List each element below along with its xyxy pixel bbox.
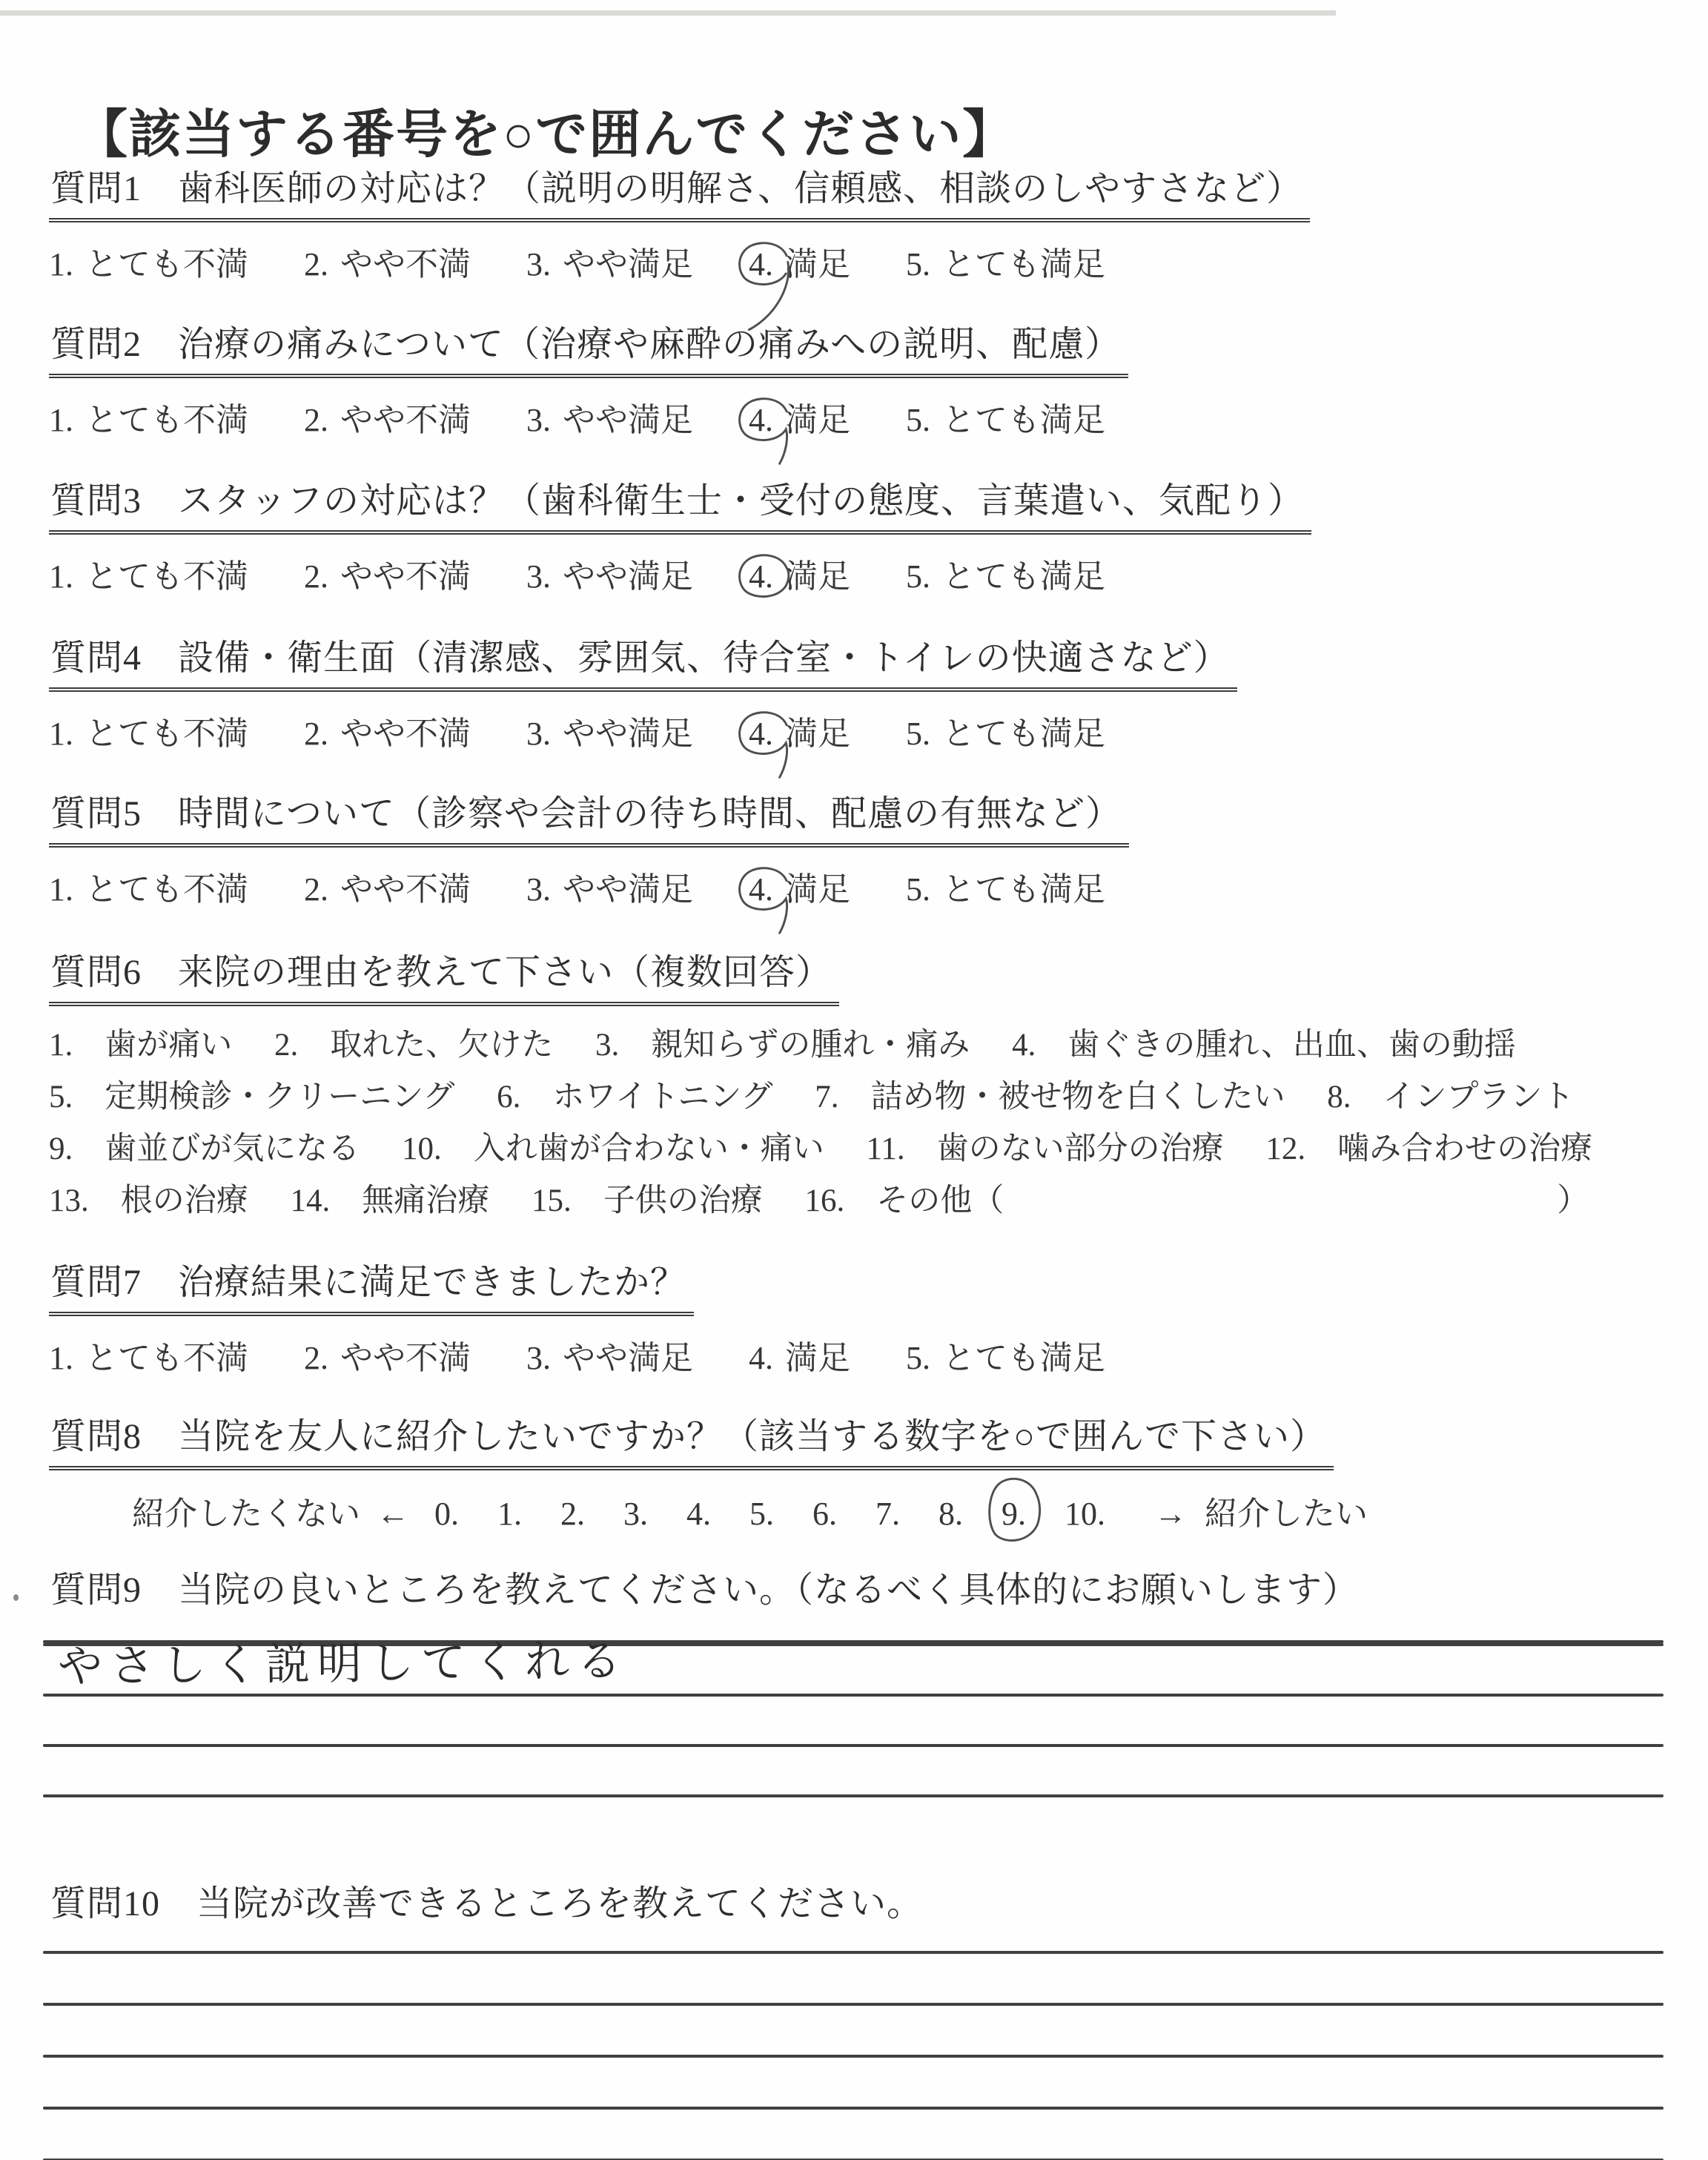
option-number: 3. <box>526 871 551 908</box>
option-label: とても満足 <box>942 558 1105 595</box>
scale-option: 3.やや満足 <box>526 871 693 908</box>
ruled-line <box>43 2055 1664 2058</box>
scale-option: 1.とても不満 <box>49 871 248 908</box>
scale-option: 1.とても不満 <box>49 558 248 595</box>
scale-option: 2.やや不満 <box>304 402 471 438</box>
reason-option: 13. 根の治療 <box>49 1183 248 1218</box>
reason-row: 1. 歯が痛い 2. 取れた、欠けた 3. 親知らずの腫れ・痛み 4. 歯ぐきの… <box>49 1020 1626 1071</box>
option-number: 5. <box>906 245 930 283</box>
scale-option: 3.やや満足 <box>526 246 693 283</box>
scale-option: 1.とても不満 <box>49 246 248 283</box>
option-label: とても満足 <box>942 1340 1105 1376</box>
handwritten-answer: やさしく説明してくれる <box>58 1625 629 1695</box>
option-label: とても満足 <box>942 716 1105 752</box>
reason-option: 1. 歯が痛い <box>49 1028 232 1063</box>
option-number: 2. <box>304 558 328 595</box>
option-number: 2. <box>304 1339 328 1377</box>
option-label: やや不満 <box>340 402 471 438</box>
nps-scale: 紹介したくない←0.1.2.3.4.5.6.7.8.9.10.→紹介したい <box>49 1487 1368 1534</box>
question-6: 質問6 来院の理由を教えて下さい（複数回答） 1. 歯が痛い 2. 取れた、欠け… <box>49 943 1626 1227</box>
page-heading: 【該当する番号を○で囲んでください】 <box>76 93 1016 168</box>
reason-option: 6. ホワイトニング <box>497 1080 772 1114</box>
nps-number: 0. <box>434 1495 459 1533</box>
reason-option: 2. 取れた、欠けた <box>274 1028 553 1063</box>
option-label: やや満足 <box>563 1340 693 1376</box>
option-label: やや満足 <box>563 246 693 283</box>
reason-option: 5. 定期検診・クリーニング <box>49 1080 454 1114</box>
question-3-title: 質問3 スタッフの対応は？（歯科衛生士・受付の態度、言葉遣い、気配り） <box>49 472 1311 535</box>
option-number: 5. <box>906 871 930 908</box>
option-number: 5. <box>906 401 930 439</box>
ruled-line <box>43 2003 1664 2006</box>
option-label: とても不満 <box>85 246 248 283</box>
option-number: 4. <box>749 715 773 753</box>
question-1: 質問1 歯科医師の対応は？（説明の明解さ、信頼感、相談のしやすさなど） 1.とて… <box>49 159 1310 285</box>
scale-option: 1.とても不満 <box>49 1340 248 1376</box>
ruled-line <box>43 1794 1664 1797</box>
scale-option: 5.とても満足 <box>906 246 1105 283</box>
option-label: 満足 <box>785 716 850 752</box>
option-label: とても不満 <box>85 1340 248 1376</box>
nps-number: 5. <box>749 1495 774 1533</box>
option-label: やや不満 <box>340 558 471 595</box>
scale-option: 4.満足 <box>749 716 850 752</box>
scale-option: 4.満足 <box>749 246 850 283</box>
nps-number: 1. <box>497 1495 522 1533</box>
option-number: 3. <box>526 245 551 283</box>
option-label: 満足 <box>785 246 850 283</box>
option-number: 4. <box>749 871 773 908</box>
scale-option: 1.とても不満 <box>49 716 248 752</box>
scale-option: 2.やや不満 <box>304 558 471 595</box>
option-label: とても不満 <box>85 871 248 908</box>
scale-option: 3.やや満足 <box>526 558 693 595</box>
option-number: 1. <box>49 715 73 753</box>
nps-right-label: 紹介したい <box>1205 1496 1368 1532</box>
scale-option: 3.やや満足 <box>526 716 693 752</box>
question-10-answer-area <box>49 1951 1664 2160</box>
nps-number: 3. <box>623 1495 648 1533</box>
ruled-line <box>43 2107 1664 2110</box>
question-1-options: 1.とても不満 2.やや不満 3.やや満足 4.満足 5.とても満足 <box>49 237 1310 285</box>
option-label: とても不満 <box>85 716 248 752</box>
option-number: 3. <box>526 558 551 595</box>
question-8-title: 質問8 当院を友人に紹介したいですか？（該当する数字を○で囲んで下さい） <box>49 1407 1334 1470</box>
scale-option: 2.やや不満 <box>304 871 471 908</box>
option-label: やや満足 <box>563 558 693 595</box>
option-label: やや満足 <box>563 716 693 752</box>
reason-row: 5. 定期検診・クリーニング 6. ホワイトニング 7. 詰め物・被せ物を白くし… <box>49 1071 1626 1123</box>
option-number: 4. <box>749 1339 773 1377</box>
option-label: やや不満 <box>340 1340 471 1376</box>
option-number: 1. <box>49 558 73 595</box>
answer-circle <box>985 1474 1049 1554</box>
question-4: 質問4 設備・衛生面（清潔感、雰囲気、待合室・トイレの快適さなど） 1.とても不… <box>49 629 1237 754</box>
scale-option: 1.とても不満 <box>49 402 248 438</box>
option-number: 1. <box>49 401 73 439</box>
scale-option: 5.とても満足 <box>906 871 1105 908</box>
reason-option: 12. 噛み合わせの治療 <box>1265 1132 1592 1166</box>
question-5: 質問5 時間について（診察や会計の待ち時間、配慮の有無など） 1.とても不満 2… <box>49 785 1129 910</box>
reason-option: 4. 歯ぐきの腫れ、出血、歯の動揺 <box>1012 1028 1516 1063</box>
nps-number: 8. <box>939 1495 963 1533</box>
option-number: 2. <box>304 401 328 439</box>
question-5-title: 質問5 時間について（診察や会計の待ち時間、配慮の有無など） <box>49 785 1129 848</box>
option-label: 満足 <box>785 402 850 438</box>
question-8: 質問8 当院を友人に紹介したいですか？（該当する数字を○で囲んで下さい） 紹介し… <box>49 1407 1368 1534</box>
option-number: 3. <box>526 401 551 439</box>
nps-left-label: 紹介したくない <box>132 1496 360 1532</box>
question-3: 質問3 スタッフの対応は？（歯科衛生士・受付の態度、言葉遣い、気配り） 1.とて… <box>49 472 1311 597</box>
question-7: 質問7 治療結果に満足できましたか？ 1.とても不満 2.やや不満 3.やや満足… <box>49 1253 1105 1378</box>
option-number: 1. <box>49 245 73 283</box>
scale-option: 4.満足 <box>749 402 850 438</box>
reason-option: 14. 無痛治療 <box>291 1183 490 1218</box>
option-number: 2. <box>304 715 328 753</box>
option-number: 5. <box>906 1339 930 1377</box>
question-6-title: 質問6 来院の理由を教えて下さい（複数回答） <box>49 943 839 1006</box>
other-close-paren: ） <box>1557 1183 1589 1218</box>
scan-artifact-dot <box>13 1594 19 1601</box>
scale-option: 2.やや不満 <box>304 246 471 283</box>
option-number: 4. <box>749 245 773 283</box>
reason-row: 13. 根の治療 14. 無痛治療 15. 子供の治療 16. その他（） <box>49 1175 1626 1227</box>
option-label: やや不満 <box>340 716 471 752</box>
scale-option: 5.とても満足 <box>906 402 1105 438</box>
scale-option: 5.とても満足 <box>906 1340 1105 1376</box>
scan-artifact-topline <box>0 10 1336 16</box>
question-9-title: 質問9 当院の良いところを教えてください。（なるべく具体的にお願いします） <box>49 1561 1366 1612</box>
question-4-options: 1.とても不満 2.やや不満 3.やや満足 4.満足 5.とても満足 <box>49 707 1237 754</box>
nps-number: 9. <box>1002 1495 1026 1533</box>
question-9-answer-area: やさしく説明してくれる <box>49 1640 1664 1797</box>
scale-option: 5.とても満足 <box>906 558 1105 595</box>
option-label: とても満足 <box>942 402 1105 438</box>
nps-number: 10. <box>1065 1495 1105 1533</box>
question-2-options: 1.とても不満 2.やや不満 3.やや満足 4.満足 5.とても満足 <box>49 393 1128 440</box>
option-label: やや満足 <box>563 871 693 908</box>
option-number: 2. <box>304 871 328 908</box>
option-label: とても不満 <box>85 402 248 438</box>
ruled-line <box>43 1694 1664 1697</box>
scale-option: 4.満足 <box>749 1340 850 1376</box>
question-6-options: 1. 歯が痛い 2. 取れた、欠けた 3. 親知らずの腫れ・痛み 4. 歯ぐきの… <box>49 1020 1626 1227</box>
option-number: 1. <box>49 1339 73 1377</box>
left-arrow-icon: ← <box>377 1496 409 1532</box>
scale-option: 4.満足 <box>749 558 850 595</box>
reason-option: 11. 歯のない部分の治療 <box>867 1132 1224 1166</box>
reason-option: 15. 子供の治療 <box>532 1183 763 1218</box>
ruled-line <box>43 1951 1664 1954</box>
question-1-title: 質問1 歯科医師の対応は？（説明の明解さ、信頼感、相談のしやすさなど） <box>49 159 1310 222</box>
reason-option: 8. インプラント <box>1327 1080 1574 1114</box>
option-label: やや不満 <box>340 871 471 908</box>
option-label: とても満足 <box>942 871 1105 908</box>
question-10-title: 質問10 当院が改善できるところを教えてください。 <box>49 1875 930 1926</box>
option-label: やや満足 <box>563 402 693 438</box>
question-2: 質問2 治療の痛みについて（治療や麻酔の痛みへの説明、配慮） 1.とても不満 2… <box>49 315 1128 440</box>
question-4-title: 質問4 設備・衛生面（清潔感、雰囲気、待合室・トイレの快適さなど） <box>49 629 1237 692</box>
option-number: 5. <box>906 715 930 753</box>
reason-row: 9. 歯並びが気になる 10. 入れ歯が合わない・痛い 11. 歯のない部分の治… <box>49 1123 1626 1175</box>
option-number: 1. <box>49 871 73 908</box>
option-number: 3. <box>526 1339 551 1377</box>
reason-option: 16. その他（ <box>805 1183 1004 1218</box>
option-number: 5. <box>906 558 930 595</box>
option-label: とても不満 <box>85 558 248 595</box>
scanned-survey-page: { "page": { "heading": "【該当する番号を○で囲んでくださ… <box>0 0 1708 2160</box>
question-5-options: 1.とても不満 2.やや不満 3.やや満足 4.満足 5.とても満足 <box>49 862 1129 910</box>
option-label: とても満足 <box>942 246 1105 283</box>
right-arrow-icon: → <box>1154 1496 1187 1532</box>
scale-option: 5.とても満足 <box>906 716 1105 752</box>
question-2-title: 質問2 治療の痛みについて（治療や麻酔の痛みへの説明、配慮） <box>49 315 1128 378</box>
question-9: 質問9 当院の良いところを教えてください。（なるべく具体的にお願いします） やさ… <box>49 1561 1664 1797</box>
reason-option: 3. 親知らずの腫れ・痛み <box>595 1028 970 1063</box>
option-number: 3. <box>526 715 551 753</box>
reason-option: 10. 入れ歯が合わない・痛い <box>402 1132 824 1166</box>
scale-option: 2.やや不満 <box>304 716 471 752</box>
scale-option: 2.やや不満 <box>304 1340 471 1376</box>
ruled-line <box>43 1744 1664 1747</box>
reason-option: 7. 詰め物・被せ物を白くしたい <box>815 1080 1285 1114</box>
scale-option: 4.満足 <box>749 871 850 908</box>
option-label: 満足 <box>785 558 850 595</box>
option-label: 満足 <box>785 871 850 908</box>
question-10: 質問10 当院が改善できるところを教えてください。 <box>49 1875 1664 2160</box>
nps-number: 2. <box>560 1495 585 1533</box>
option-number: 4. <box>749 401 773 439</box>
nps-number: 6. <box>812 1495 837 1533</box>
nps-number: 7. <box>875 1495 900 1533</box>
question-7-options: 1.とても不満 2.やや不満 3.やや満足 4.満足 5.とても満足 <box>49 1331 1105 1378</box>
option-number: 2. <box>304 245 328 283</box>
nps-number: 4. <box>686 1495 711 1533</box>
scale-option: 3.やや満足 <box>526 1340 693 1376</box>
reason-option: 9. 歯並びが気になる <box>49 1132 360 1166</box>
option-label: 満足 <box>785 1340 850 1376</box>
question-3-options: 1.とても不満 2.やや不満 3.やや満足 4.満足 5.とても満足 <box>49 549 1311 597</box>
option-number: 4. <box>749 558 773 595</box>
question-7-title: 質問7 治療結果に満足できましたか？ <box>49 1253 694 1316</box>
scale-option: 3.やや満足 <box>526 402 693 438</box>
option-label: やや不満 <box>340 246 471 283</box>
